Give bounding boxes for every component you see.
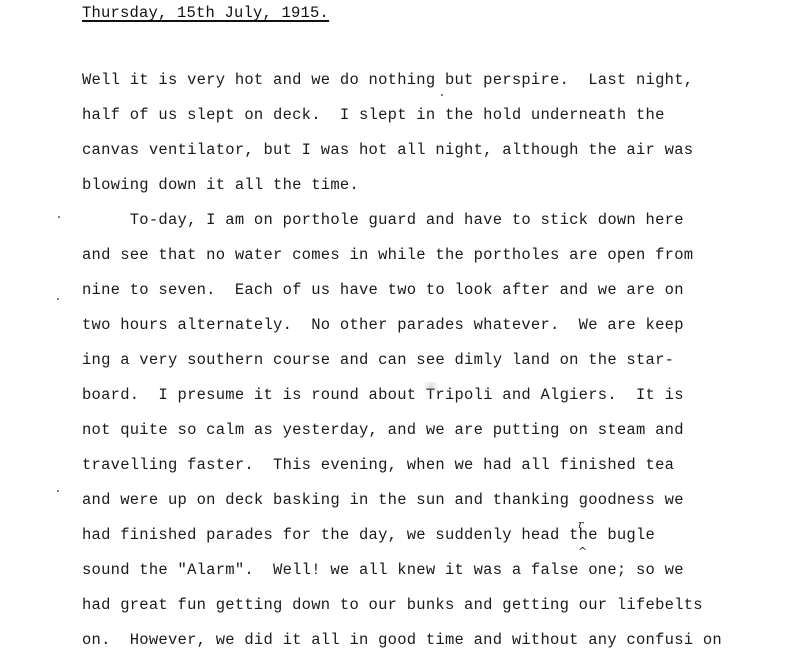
text-line: half of us slept on deck. I slept in the…	[82, 105, 665, 125]
diary-date-heading: Thursday, 15th July, 1915.	[82, 4, 329, 22]
text-line: canvas ventilator, but I was hot all nig…	[82, 140, 693, 160]
typewritten-diary-page: Thursday, 15th July, 1915. Well it is ve…	[0, 0, 800, 668]
text-line: To-day, I am on porthole guard and have …	[82, 210, 684, 230]
text-line: had finished parades for the day, we sud…	[82, 525, 655, 545]
margin-speck	[57, 490, 59, 492]
text-line: and were up on deck basking in the sun a…	[82, 490, 684, 510]
text-line: on. However, we did it all in good time …	[82, 630, 722, 650]
text-line: not quite so calm as yesterday, and we a…	[82, 420, 684, 440]
scan-speck	[441, 94, 443, 96]
margin-speck	[57, 298, 59, 300]
margin-speck	[58, 216, 60, 218]
ink-smudge	[424, 382, 438, 392]
text-line: sound the "Alarm". Well! we all knew it …	[82, 560, 684, 580]
text-line: had great fun getting down to our bunks …	[82, 595, 703, 615]
text-line: board. I presume it is round about Tripo…	[82, 385, 684, 405]
text-line: ing a very southern course and can see d…	[82, 350, 674, 370]
text-line: Well it is very hot and we do nothing bu…	[82, 70, 693, 90]
text-line: travelling faster. This evening, when we…	[82, 455, 674, 475]
handwritten-insertion-r: r	[578, 518, 583, 531]
text-line: and see that no water comes in while the…	[82, 245, 693, 265]
handwritten-caret: ^	[578, 545, 587, 558]
text-line: blowing down it all the time.	[82, 175, 359, 195]
text-line: two hours alternately. No other parades …	[82, 315, 684, 335]
text-line: nine to seven. Each of us have two to lo…	[82, 280, 684, 300]
